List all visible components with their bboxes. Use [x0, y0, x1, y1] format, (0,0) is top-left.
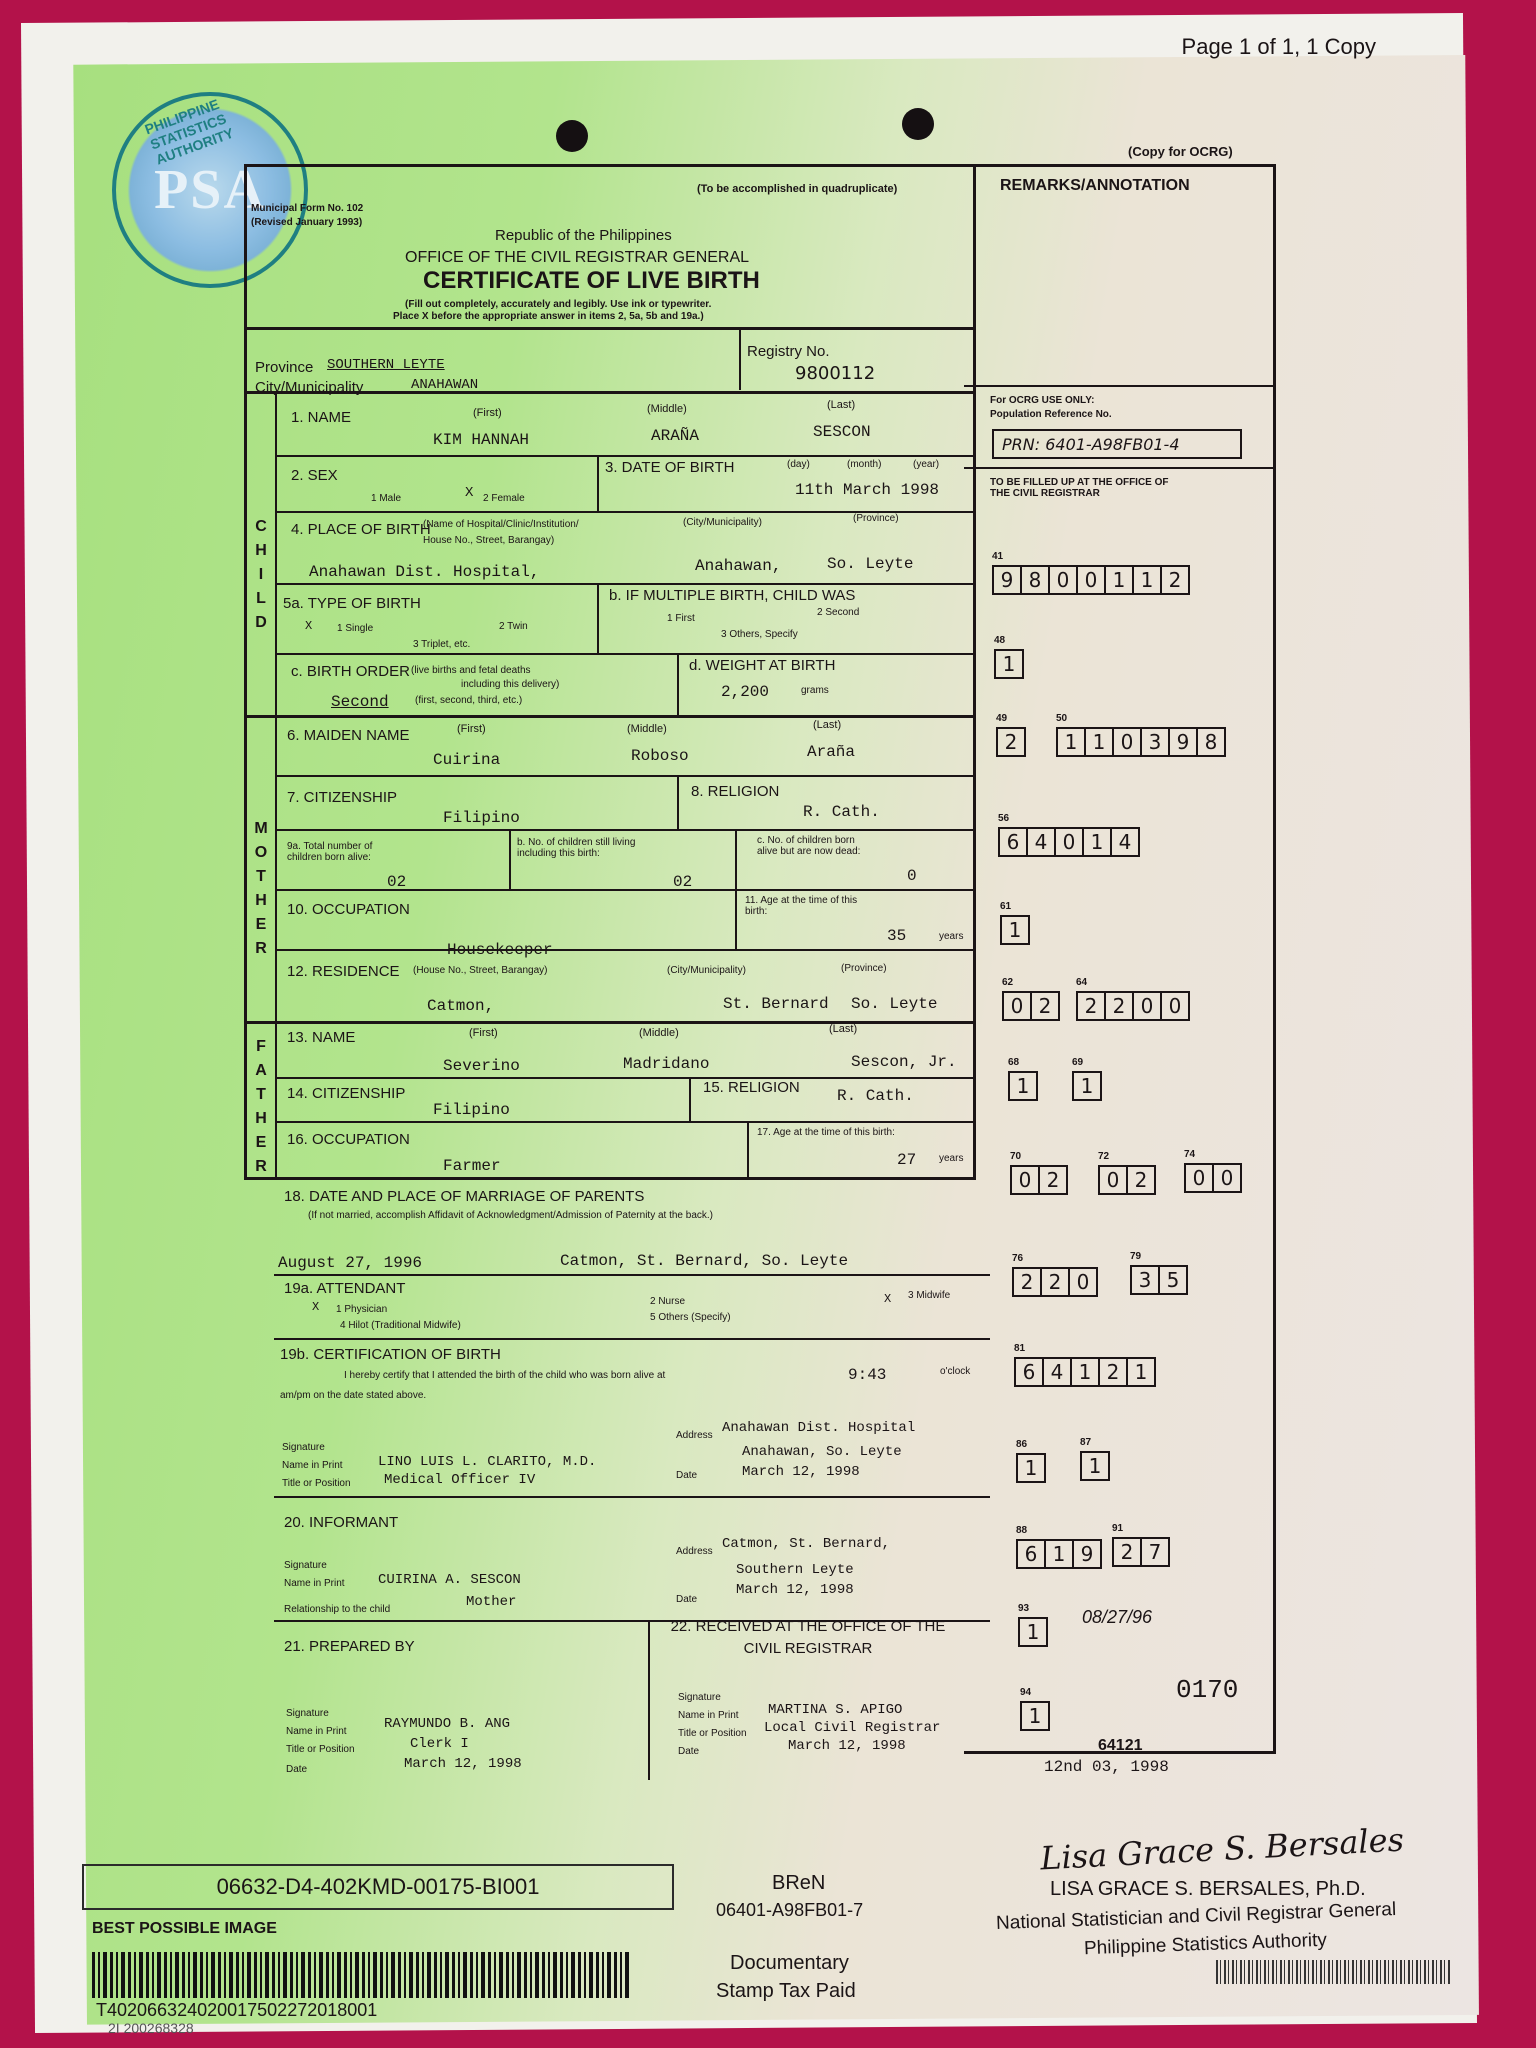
- mother-religion: R. Cath.: [803, 803, 880, 821]
- father-citizenship-label: 14. CITIZENSHIP: [287, 1085, 405, 1102]
- address-label: Address: [676, 1546, 713, 1557]
- last-label: (Last): [829, 1023, 857, 1035]
- code-box-88: 619: [1016, 1539, 1100, 1569]
- field-number: 91: [1112, 1523, 1123, 1534]
- father-age: 27: [897, 1151, 916, 1169]
- republic-label: Republic of the Philippines: [495, 227, 672, 244]
- field-number: 41: [992, 551, 1003, 562]
- informant-address-1: Catmon, St. Bernard,: [722, 1536, 890, 1552]
- date-label: Date: [676, 1470, 697, 1481]
- field-number: 79: [1130, 1251, 1141, 1262]
- section-mother-label: MOTHER: [251, 817, 271, 961]
- code-box-86: 1: [1016, 1453, 1044, 1483]
- code-box-74: 00: [1184, 1163, 1240, 1193]
- code-box-70: 02: [1010, 1165, 1066, 1195]
- dob-day-label: (day): [787, 459, 810, 470]
- code-box-76: 220: [1012, 1267, 1096, 1297]
- name-label: Name in Print: [282, 1460, 343, 1471]
- code-box-49: 2: [996, 727, 1024, 757]
- code-box-48: 1: [994, 649, 1022, 679]
- first-label: (First): [469, 1027, 498, 1039]
- marriage-label: 18. DATE AND PLACE OF MARRIAGE OF PARENT…: [284, 1188, 644, 1205]
- barcode-icon: [1216, 1960, 1452, 1984]
- type-single-option[interactable]: 1 Single: [337, 623, 373, 634]
- attendant-address-1: Anahawan Dist. Hospital: [722, 1420, 915, 1436]
- attendant-physician-option[interactable]: 1 Physician: [336, 1304, 387, 1315]
- multiple-birth-label: b. IF MULTIPLE BIRTH, CHILD WAS: [609, 587, 855, 604]
- registrar-name: MARTINA S. APIGO: [768, 1702, 902, 1718]
- weight-unit: grams: [801, 685, 829, 696]
- child-first-name: KIM HANNAH: [433, 431, 529, 449]
- date-label: Date: [678, 1746, 699, 1757]
- field-number: 61: [1000, 901, 1011, 912]
- date-label: Date: [286, 1764, 307, 1775]
- stamp-number: 0170: [1176, 1675, 1238, 1705]
- informant-date: March 12, 1998: [736, 1582, 854, 1598]
- child-last-name: SESCON: [813, 423, 871, 441]
- registrar-date: March 12, 1998: [788, 1738, 906, 1754]
- field-number: 68: [1008, 1057, 1019, 1068]
- code-box-81: 64121: [1014, 1357, 1154, 1387]
- informant-label: 20. INFORMANT: [284, 1514, 398, 1531]
- punch-hole: [902, 108, 934, 140]
- code-box-50: 110398: [1056, 727, 1224, 757]
- child-name-label: 1. NAME: [291, 409, 351, 426]
- certification-date: March 12, 1998: [742, 1464, 860, 1480]
- date-label: Date: [676, 1594, 697, 1605]
- preparer-name: RAYMUNDO B. ANG: [384, 1716, 510, 1732]
- attendant-mark: X: [312, 1300, 319, 1314]
- field-number: 56: [998, 813, 1009, 824]
- field-number: 76: [1012, 1253, 1023, 1264]
- stamp-tax-line-2: Stamp Tax Paid: [716, 1980, 856, 2003]
- first-label: (First): [473, 407, 502, 419]
- pob-place: Anahawan Dist. Hospital,: [309, 563, 539, 581]
- residence-city: St. Bernard: [723, 995, 829, 1013]
- page-title: CERTIFICATE OF LIVE BIRTH: [423, 267, 760, 295]
- weight-label: d. WEIGHT AT BIRTH: [689, 657, 835, 674]
- stamp-tax-line-1: Documentary: [730, 1952, 849, 1975]
- registry-label: Registry No.: [747, 343, 830, 360]
- last-label: (Last): [813, 719, 841, 731]
- field-number: 64: [1076, 977, 1087, 988]
- pop-ref-label: Population Reference No.: [990, 409, 1112, 420]
- title-label: Title or Position: [678, 1728, 747, 1739]
- child-middle-name: ARAÑA: [651, 427, 699, 445]
- marriage-hint: (If not married, accomplish Affidavit of…: [308, 1210, 828, 1221]
- code-box-69: 1: [1072, 1071, 1100, 1101]
- father-occupation: Farmer: [443, 1157, 501, 1175]
- bren-value: 06401-A98FB01-7: [716, 1900, 863, 1921]
- multiple-first-option[interactable]: 1 First: [667, 613, 695, 624]
- signature-label: Signature: [286, 1708, 329, 1719]
- code-box-62: 02: [1002, 991, 1058, 1021]
- dob-value: 11th March 1998: [795, 481, 939, 499]
- birth-order-hint: (live births and fetal deaths: [411, 665, 531, 676]
- age-unit: years: [939, 1153, 963, 1164]
- informant-relationship: Mother: [466, 1594, 516, 1610]
- last-label: (Last): [827, 399, 855, 411]
- punch-hole: [556, 120, 588, 152]
- office-label: OFFICE OF THE CIVIL REGISTRAR GENERAL: [405, 249, 749, 267]
- code-box-72: 02: [1098, 1165, 1154, 1195]
- attendant-name: LINO LUIS L. CLARITO, M.D.: [378, 1454, 596, 1470]
- barcode-text: T402066324020017502272018001: [96, 2000, 377, 2021]
- pob-city: Anahawan,: [695, 557, 781, 575]
- sex-male-option[interactable]: 1 Male: [371, 493, 401, 504]
- residence-city-label: (City/Municipality): [667, 965, 746, 976]
- children-total-label: 9a. Total number of children born alive:: [287, 841, 407, 863]
- mother-first-name: Cuirina: [433, 751, 500, 769]
- certification-text: am/pm on the date stated above.: [280, 1390, 426, 1401]
- section-child-label: CHILD: [251, 515, 271, 635]
- signatory-name: LISA GRACE S. BERSALES, Ph.D.: [1050, 1878, 1366, 1901]
- field-number: 93: [1018, 1603, 1029, 1614]
- father-last-name: Sescon, Jr.: [851, 1053, 957, 1071]
- instruction-2: Place X before the appropriate answer in…: [393, 311, 704, 322]
- field-number: 74: [1184, 1149, 1195, 1160]
- father-citizenship: Filipino: [433, 1101, 510, 1119]
- signature-label: Signature: [282, 1442, 325, 1453]
- pob-province-label: (Province): [853, 513, 899, 524]
- attendant-mark: X: [884, 1292, 891, 1306]
- registry-value: 9800112: [795, 363, 875, 384]
- title-label: Title or Position: [282, 1478, 351, 1489]
- multiple-others-option[interactable]: 3 Others, Specify: [721, 629, 798, 640]
- sex-label: 2. SEX: [291, 467, 338, 484]
- field-number: 72: [1098, 1151, 1109, 1162]
- sex-mark: X: [465, 485, 473, 501]
- middle-label: (Middle): [627, 723, 667, 735]
- sex-female-option[interactable]: 2 Female: [483, 493, 525, 504]
- form-revised: (Revised January 1993): [251, 217, 362, 228]
- father-age-label: 17. Age at the time of this birth:: [757, 1127, 897, 1138]
- pop-ref-field: PRN: 6401-A98FB01-4: [992, 429, 1242, 459]
- fill-label: TO BE FILLED UP AT THE OFFICE OF THE CIV…: [990, 477, 1180, 499]
- birth-order-hint: (first, second, third, etc.): [415, 695, 522, 706]
- field-number: 94: [1020, 1687, 1031, 1698]
- middle-label: (Middle): [647, 403, 687, 415]
- name-label: Name in Print: [284, 1578, 345, 1589]
- field-number: 62: [1002, 977, 1013, 988]
- attendant-label: 19a. ATTENDANT: [284, 1280, 405, 1297]
- code-box-91: 27: [1112, 1537, 1168, 1567]
- field-number: 86: [1016, 1439, 1027, 1450]
- mother-citizenship: Filipino: [443, 809, 520, 827]
- field-number: 81: [1014, 1343, 1025, 1354]
- attendant-nurse-option[interactable]: 2 Nurse: [650, 1296, 685, 1307]
- signature-label: Signature: [284, 1560, 327, 1571]
- section-father-label: FATHER: [251, 1035, 271, 1179]
- multiple-second-option[interactable]: 2 Second: [817, 607, 859, 618]
- stamp-code: 64121: [1098, 1737, 1143, 1755]
- signature-label: Signature: [678, 1692, 721, 1703]
- type-mark: X: [305, 619, 312, 633]
- received-label: 22. RECEIVED AT THE OFFICE OF THE CIVIL …: [668, 1616, 948, 1660]
- children-dead: 0: [907, 867, 917, 885]
- code-box-79: 35: [1130, 1265, 1186, 1295]
- mother-age-label: 11. Age at the time of this birth:: [745, 895, 875, 917]
- title-label: Title or Position: [286, 1744, 355, 1755]
- mother-citizenship-label: 7. CITIZENSHIP: [287, 789, 397, 806]
- field-number: 48: [994, 635, 1005, 646]
- address-label: Address: [676, 1430, 713, 1441]
- ocrg-label: For OCRG USE ONLY:: [990, 395, 1094, 406]
- certification-text: I hereby certify that I attended the bir…: [344, 1370, 665, 1381]
- prepared-by-label: 21. PREPARED BY: [284, 1638, 415, 1655]
- father-name-label: 13. NAME: [287, 1029, 355, 1046]
- children-living-label: b. No. of children still living includin…: [517, 837, 637, 859]
- birth-order-label: c. BIRTH ORDER: [291, 663, 410, 680]
- registrar-title: Local Civil Registrar: [764, 1720, 940, 1736]
- maiden-name-label: 6. MAIDEN NAME: [287, 727, 410, 744]
- dob-year-label: (year): [913, 459, 939, 470]
- birth-time: 9:43: [848, 1366, 886, 1384]
- attendant-address-2: Anahawan, So. Leyte: [742, 1444, 902, 1460]
- mother-last-name: Araña: [807, 743, 855, 761]
- code-box-41: 9800112: [992, 565, 1188, 595]
- mother-occupation-label: 10. OCCUPATION: [287, 901, 410, 918]
- pob-hint: House No., Street, Barangay): [423, 535, 554, 546]
- preparer-date: March 12, 1998: [404, 1756, 522, 1772]
- field-number: 70: [1010, 1151, 1021, 1162]
- age-unit: years: [939, 931, 963, 942]
- name-label: Name in Print: [678, 1710, 739, 1721]
- field-number: 87: [1080, 1437, 1091, 1448]
- stamp-date: 12nd 03, 1998: [1044, 1758, 1169, 1776]
- residence-province-label: (Province): [841, 963, 887, 974]
- best-image-label: BEST POSSIBLE IMAGE: [92, 1920, 277, 1938]
- pob-hint: (Name of Hospital/Clinic/Institution/: [423, 519, 579, 530]
- field-number: 50: [1056, 713, 1067, 724]
- birth-order-hint: including this delivery): [461, 679, 559, 690]
- form-number: Municipal Form No. 102: [251, 203, 363, 214]
- father-religion-label: 15. RELIGION: [703, 1079, 800, 1096]
- relationship-label: Relationship to the child: [284, 1604, 390, 1615]
- weight-value: 2,200: [721, 683, 769, 701]
- father-first-name: Severino: [443, 1057, 520, 1075]
- barcode-icon: [92, 1952, 632, 1998]
- father-occupation-label: 16. OCCUPATION: [287, 1131, 410, 1148]
- certification-label: 19b. CERTIFICATION OF BIRTH: [280, 1346, 501, 1363]
- children-dead-label: c. No. of children born alive but are no…: [757, 835, 867, 857]
- certificate-form: Municipal Form No. 102 (Revised January …: [244, 164, 976, 1180]
- code-box-94: 1: [1020, 1701, 1048, 1731]
- attendant-hilot-option[interactable]: 4 Hilot (Traditional Midwife): [340, 1320, 461, 1331]
- name-label: Name in Print: [286, 1726, 347, 1737]
- first-label: (First): [457, 723, 486, 735]
- instruction-1: (Fill out completely, accurately and leg…: [405, 299, 711, 310]
- code-box-87: 1: [1080, 1451, 1108, 1481]
- father-religion: R. Cath.: [837, 1087, 914, 1105]
- pob-province: So. Leyte: [827, 555, 913, 573]
- birth-order-value: Second: [331, 693, 389, 711]
- father-middle-name: Madridano: [623, 1055, 709, 1073]
- remarks-title: REMARKS/ANNOTATION: [1000, 177, 1190, 195]
- code-box-93: 1: [1018, 1617, 1046, 1647]
- middle-label: (Middle): [639, 1027, 679, 1039]
- mother-age: 35: [887, 927, 906, 945]
- type-of-birth-label: 5a. TYPE OF BIRTH: [283, 595, 421, 612]
- province-value: SOUTHERN LEYTE: [327, 357, 445, 373]
- marriage-place: Catmon, St. Bernard, So. Leyte: [560, 1252, 848, 1270]
- attendant-midwife-option[interactable]: 3 Midwife: [908, 1290, 950, 1301]
- page-info: Page 1 of 1, 1 Copy: [1182, 34, 1376, 60]
- informant-address-2: Southern Leyte: [736, 1562, 854, 1578]
- barcode-subtext: 2I 200268328: [108, 2020, 194, 2036]
- informant-name: CUIRINA A. SESCON: [378, 1572, 521, 1588]
- code-box-56: 64014: [998, 827, 1138, 857]
- mother-religion-label: 8. RELIGION: [691, 783, 779, 800]
- residence-label: 12. RESIDENCE: [287, 963, 400, 980]
- residence-hint: (House No., Street, Barangay): [413, 965, 548, 976]
- lower-section: 18. DATE AND PLACE OF MARRIAGE OF PARENT…: [244, 1180, 996, 1780]
- code-box-64: 2200: [1076, 991, 1188, 1021]
- note-date: 08/27/96: [1082, 1607, 1152, 1628]
- document-id-box: 06632-D4-402KMD-00175-BI001: [82, 1864, 674, 1910]
- residence-place: Catmon,: [427, 997, 494, 1015]
- field-number: 49: [996, 713, 1007, 724]
- pob-city-label: (City/Municipality): [683, 517, 762, 528]
- mother-middle-name: Roboso: [631, 747, 689, 765]
- preparer-title: Clerk I: [410, 1736, 469, 1752]
- attendant-title: Medical Officer IV: [384, 1472, 535, 1488]
- field-number: 69: [1072, 1057, 1083, 1068]
- bren-label: BReN: [772, 1872, 825, 1895]
- code-box-68: 1: [1008, 1071, 1036, 1101]
- code-box-61: 1: [1000, 915, 1028, 945]
- quadruplicate-note: (To be accomplished in quadruplicate): [697, 183, 897, 195]
- type-triplet-option[interactable]: 3 Triplet, etc.: [413, 639, 470, 650]
- copy-for-label: (Copy for OCRG): [1128, 144, 1233, 159]
- dob-label: 3. DATE OF BIRTH: [605, 459, 734, 476]
- field-number: 88: [1016, 1525, 1027, 1536]
- province-label: Province: [255, 359, 313, 376]
- dob-month-label: (month): [847, 459, 881, 470]
- remarks-panel: REMARKS/ANNOTATION For OCRG USE ONLY: Po…: [964, 164, 1276, 1754]
- pob-label: 4. PLACE OF BIRTH: [291, 521, 431, 538]
- attendant-others-option[interactable]: 5 Others (Specify): [650, 1312, 731, 1323]
- type-twin-option[interactable]: 2 Twin: [499, 621, 528, 632]
- residence-province: So. Leyte: [851, 995, 937, 1013]
- marriage-date: August 27, 1996: [278, 1254, 422, 1272]
